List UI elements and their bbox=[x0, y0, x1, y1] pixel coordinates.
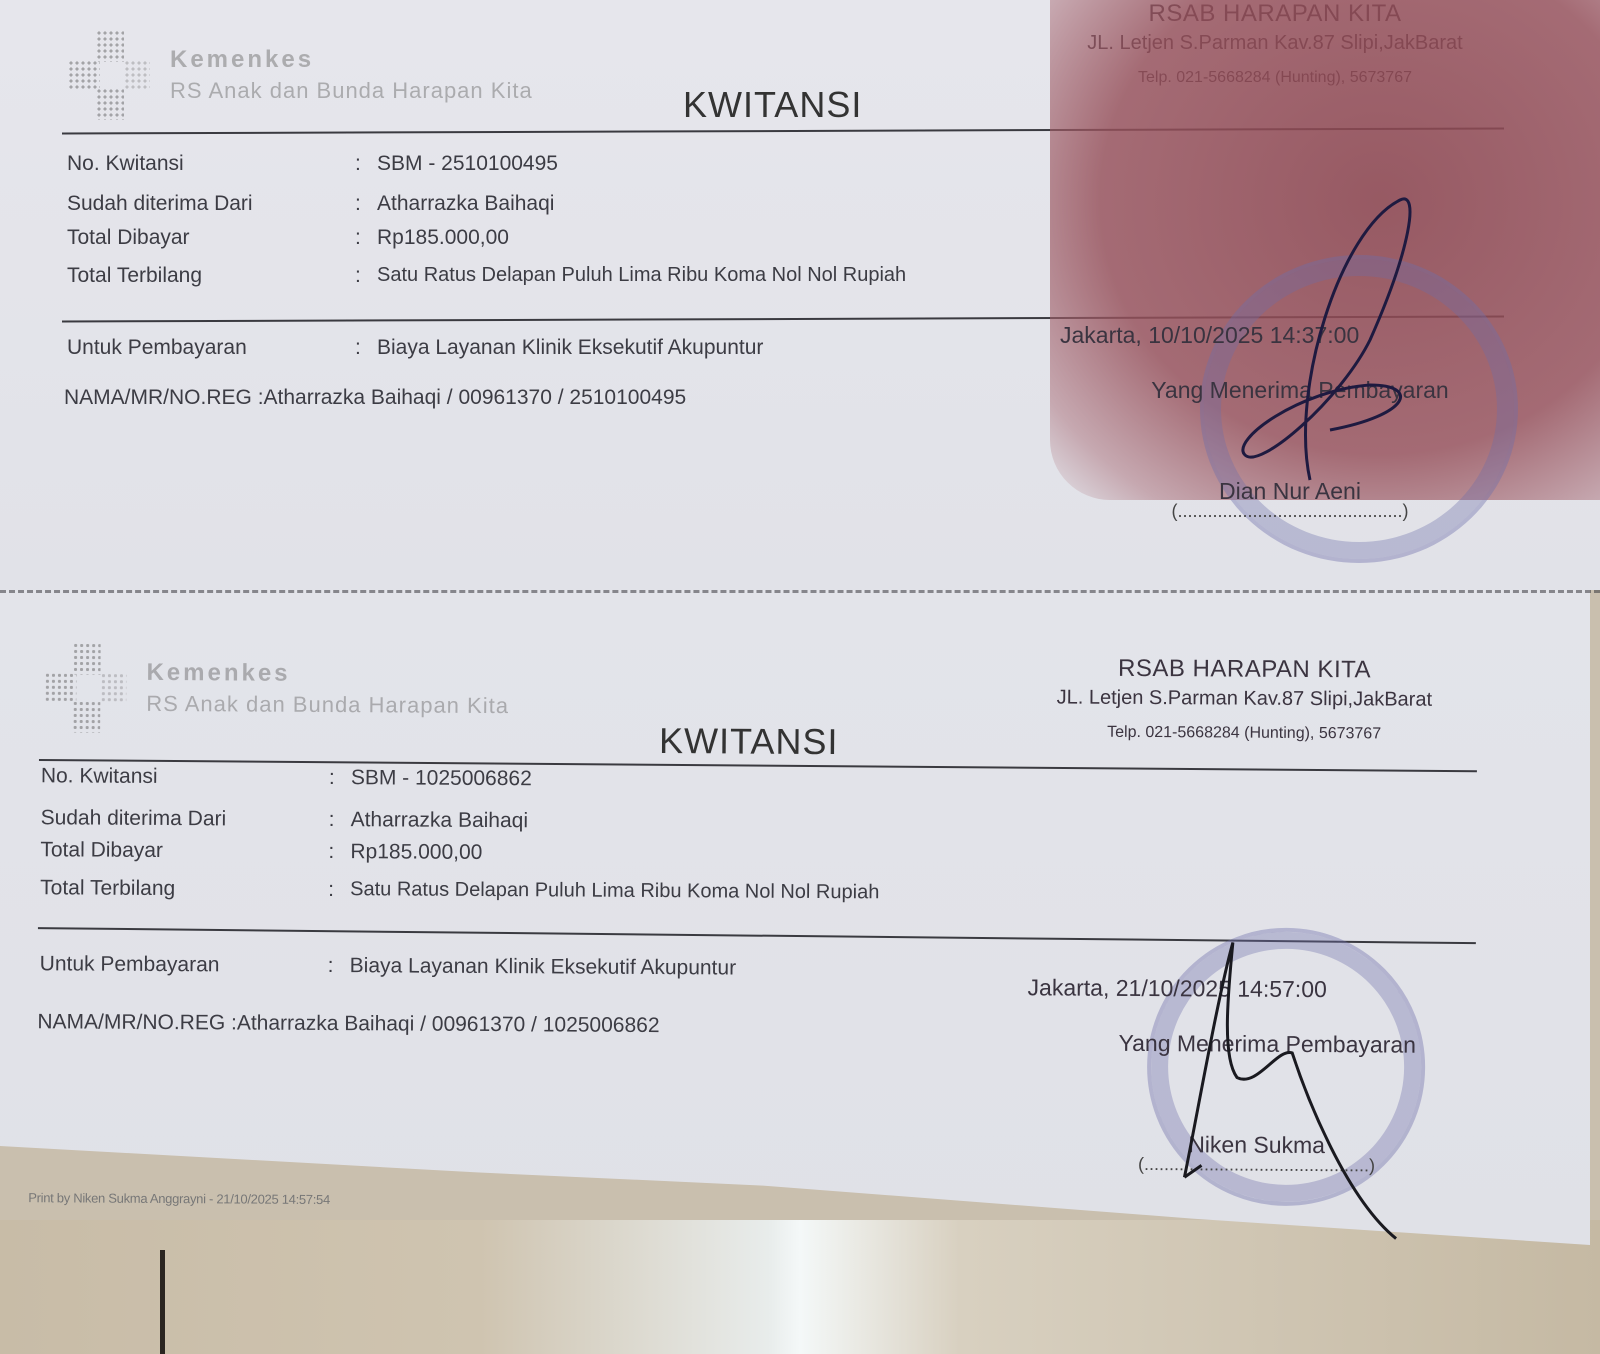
receipt-1-signature-area: Jakarta, 10/10/2025 14:37:00 Yang Meneri… bbox=[0, 0, 1600, 580]
table-surface bbox=[0, 1220, 1600, 1354]
receipt-2: Kemenkes RS Anak dan Bunda Harapan Kita … bbox=[0, 590, 1600, 1240]
logo-line-1: Kemenkes bbox=[146, 659, 509, 689]
logo-line-2: RS Anak dan Bunda Harapan Kita bbox=[146, 691, 509, 719]
field-amount-in-words: Total Terbilang : Satu Ratus Delapan Pul… bbox=[40, 876, 879, 905]
field-received-from: Sudah diterima Dari : Atharrazka Baihaqi bbox=[41, 806, 529, 833]
signature-line: (.......................................… bbox=[1066, 1154, 1446, 1177]
field-payment-for: Untuk Pembayaran : Biaya Layanan Klinik … bbox=[40, 952, 737, 980]
field-value: Rp185.000,00 bbox=[350, 840, 482, 865]
table-edge bbox=[160, 1250, 165, 1354]
field-label: Total Terbilang bbox=[40, 876, 328, 902]
field-label: Total Dibayar bbox=[40, 838, 328, 864]
org-address: JL. Letjen S.Parman Kav.87 Slipi,JakBara… bbox=[1009, 686, 1479, 712]
sign-role: Yang Menerima Pembayaran bbox=[1087, 1030, 1447, 1059]
nama-value: :Atharrazka Baihaqi / 00961370 / 1025006… bbox=[231, 1011, 660, 1037]
field-label: Untuk Pembayaran bbox=[40, 952, 328, 978]
signature-block: Jakarta, 21/10/2025 14:57:00 Yang Meneri… bbox=[1026, 974, 1447, 1177]
field-value: Biaya Layanan Klinik Eksekutif Akupuntur bbox=[350, 954, 737, 980]
field-receipt-number: No. Kwitansi : SBM - 1025006862 bbox=[41, 764, 532, 791]
sign-date: Jakarta, 21/10/2025 14:57:00 bbox=[1028, 974, 1448, 1004]
sign-date: Jakarta, 10/10/2025 14:37:00 bbox=[1060, 322, 1480, 349]
print-footer: Print by Niken Sukma Anggrayni - 21/10/2… bbox=[28, 1190, 330, 1207]
field-label: Sudah diterima Dari bbox=[41, 806, 329, 832]
patient-registration: NAMA/MR/NO.REG :Atharrazka Baihaqi / 009… bbox=[37, 1010, 659, 1038]
field-total-paid: Total Dibayar : Rp185.000,00 bbox=[40, 838, 482, 865]
nama-label: NAMA/MR/NO.REG bbox=[37, 1010, 225, 1034]
field-value: Atharrazka Baihaqi bbox=[351, 808, 529, 833]
kemenkes-logo-icon bbox=[44, 642, 131, 733]
org-name: RSAB HARAPAN KITA bbox=[1009, 654, 1479, 685]
receipt-title: KWITANSI bbox=[659, 720, 839, 763]
field-value: SBM - 1025006862 bbox=[351, 766, 532, 791]
signature-block: Jakarta, 10/10/2025 14:37:00 Yang Meneri… bbox=[1060, 322, 1480, 522]
field-label: No. Kwitansi bbox=[41, 764, 329, 790]
hospital-logo: Kemenkes RS Anak dan Bunda Harapan Kita bbox=[44, 642, 509, 735]
sign-role: Yang Menerima Pembayaran bbox=[1120, 377, 1480, 404]
org-phone: Telp. 021-5668284 (Hunting), 5673767 bbox=[1009, 723, 1479, 744]
signature-line: (.......................................… bbox=[1100, 501, 1480, 522]
organization-header: RSAB HARAPAN KITA JL. Letjen S.Parman Ka… bbox=[1009, 654, 1480, 744]
field-value: Satu Ratus Delapan Puluh Lima Ribu Koma … bbox=[350, 878, 879, 905]
